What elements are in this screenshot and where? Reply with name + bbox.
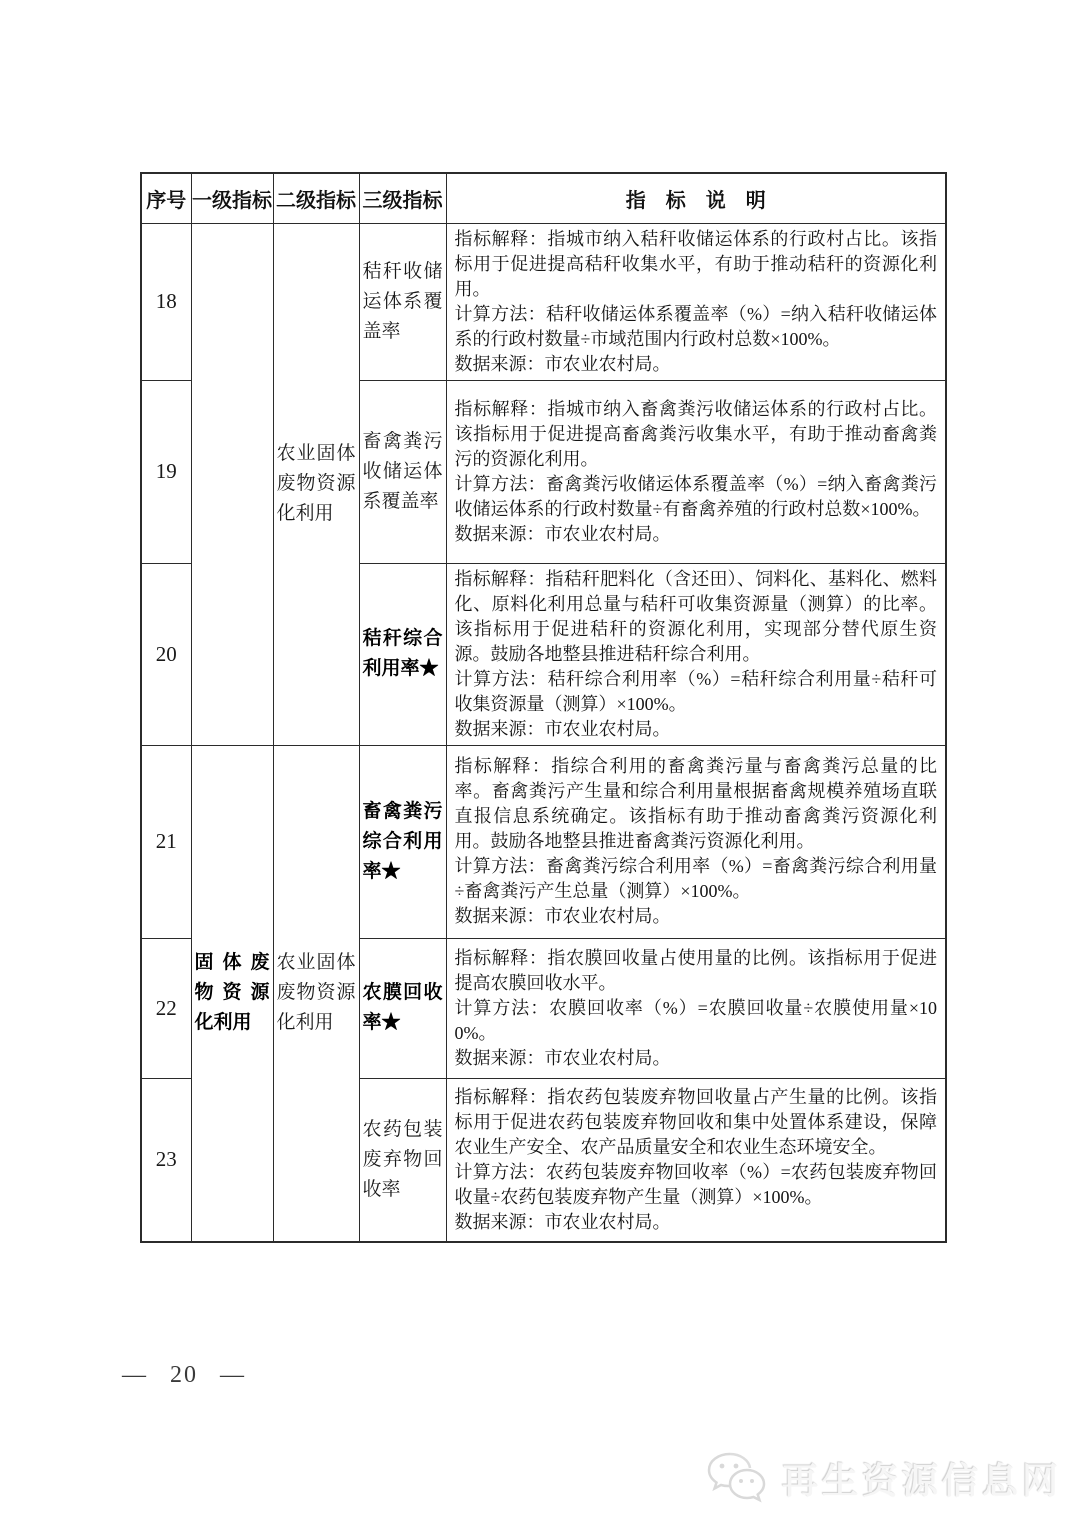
indicator-description-cell: 指标解释：指城市纳入畜禽粪污收储运体系的行政村占比。该指标用于促进提高畜禽粪污收… [446,380,946,563]
table-row: 21 固体废物资源化利用 农业固体废物资源化利用 畜禽粪污综合利用率★ 指标解释… [141,745,946,938]
level3-indicator-cell: 秸秆收储运体系覆盖率 [359,223,446,380]
description-paragraph: 计算方法：秸秆综合利用率（%）=秸秆综合利用量÷秸秆可收集资源量（测算）×100… [455,667,938,717]
level1-indicator-cell [191,223,273,745]
row-number-cell: 23 [141,1078,191,1242]
document-page: { "table": { "headers": ["序号", "一级指标", "… [0,0,1080,1527]
description-paragraph: 计算方法：农药包装废弃物回收率（%）=农药包装废弃物回收量÷农药包装废弃物产生量… [455,1160,938,1210]
level1-indicator-cell: 固体废物资源化利用 [191,745,273,1242]
level3-indicator-cell: 农膜回收率★ [359,938,446,1078]
description-paragraph: 数据来源：市农业农村局。 [455,717,938,742]
description-paragraph: 指标解释：指城市纳入秸秆收储运体系的行政村占比。该指标用于促进提高秸秆收集水平，… [455,227,938,302]
description-paragraph: 数据来源：市农业农村局。 [455,1046,938,1071]
table-row: 18 农业固体废物资源化利用 秸秆收储运体系覆盖率 指标解释：指城市纳入秸秆收储… [141,223,946,380]
indicator-description-cell: 指标解释：指农膜回收量占使用量的比例。该指标用于促进提高农膜回收水平。 计算方法… [446,938,946,1078]
footer-watermark: 再生资源信息网 [706,1450,1062,1506]
description-paragraph: 数据来源：市农业农村局。 [455,352,938,377]
indicator-description-cell: 指标解释：指秸秆肥料化（含还田）、饲料化、基料化、燃料化、原料化利用总量与秸秆可… [446,563,946,745]
table-header-row: 序号 一级指标 二级指标 三级指标 指 标 说 明 [141,173,946,223]
level2-indicator-cell: 农业固体废物资源化利用 [273,745,359,1242]
wechat-bubbles-icon [706,1450,768,1506]
indicator-description-cell: 指标解释：指农药包装废弃物回收量占产生量的比例。该指标用于促进农药包装废弃物回收… [446,1078,946,1242]
description-paragraph: 数据来源：市农业农村局。 [455,1210,938,1235]
watermark-text: 再生资源信息网 [782,1453,1062,1504]
header-level1: 一级指标 [191,173,273,223]
description-paragraph: 指标解释：指秸秆肥料化（含还田）、饲料化、基料化、燃料化、原料化利用总量与秸秆可… [455,567,938,667]
header-description: 指 标 说 明 [446,173,946,223]
description-paragraph: 数据来源：市农业农村局。 [455,522,938,547]
indicator-table: 序号 一级指标 二级指标 三级指标 指 标 说 明 18 农业固体废物资源化利用… [140,172,947,1243]
description-paragraph: 指标解释：指综合利用的畜禽粪污量与畜禽粪污总量的比率。畜禽粪污产生量和综合利用量… [455,754,938,854]
level2-indicator-cell: 农业固体废物资源化利用 [273,223,359,745]
row-number-cell: 22 [141,938,191,1078]
description-paragraph: 计算方法：秸秆收储运体系覆盖率（%）=纳入秸秆收储运体系的行政村数量÷市域范围内… [455,302,938,352]
header-level3: 三级指标 [359,173,446,223]
description-paragraph: 计算方法：畜禽粪污收储运体系覆盖率（%）=纳入畜禽粪污收储运体系的行政村数量÷有… [455,472,938,522]
description-paragraph: 计算方法：畜禽粪污综合利用率（%）=畜禽粪污综合利用量÷畜禽粪污产生总量（测算）… [455,854,938,904]
description-paragraph: 计算方法：农膜回收率（%）=农膜回收量÷农膜使用量×100%。 [455,996,938,1046]
row-number-cell: 19 [141,380,191,563]
indicator-description-cell: 指标解释：指综合利用的畜禽粪污量与畜禽粪污总量的比率。畜禽粪污产生量和综合利用量… [446,745,946,938]
header-level2: 二级指标 [273,173,359,223]
description-paragraph: 指标解释：指农药包装废弃物回收量占产生量的比例。该指标用于促进农药包装废弃物回收… [455,1085,938,1160]
page-number: — 20 — [122,1362,246,1389]
header-seq: 序号 [141,173,191,223]
level3-indicator-cell: 畜禽粪污综合利用率★ [359,745,446,938]
description-paragraph: 指标解释：指城市纳入畜禽粪污收储运体系的行政村占比。该指标用于促进提高畜禽粪污收… [455,397,938,472]
row-number-cell: 18 [141,223,191,380]
level3-indicator-cell: 秸秆综合利用率★ [359,563,446,745]
row-number-cell: 21 [141,745,191,938]
level3-indicator-cell: 农药包装废弃物回收率 [359,1078,446,1242]
level3-indicator-cell: 畜禽粪污收储运体系覆盖率 [359,380,446,563]
description-paragraph: 指标解释：指农膜回收量占使用量的比例。该指标用于促进提高农膜回收水平。 [455,946,938,996]
description-paragraph: 数据来源：市农业农村局。 [455,904,938,929]
row-number-cell: 20 [141,563,191,745]
indicator-description-cell: 指标解释：指城市纳入秸秆收储运体系的行政村占比。该指标用于促进提高秸秆收集水平，… [446,223,946,380]
